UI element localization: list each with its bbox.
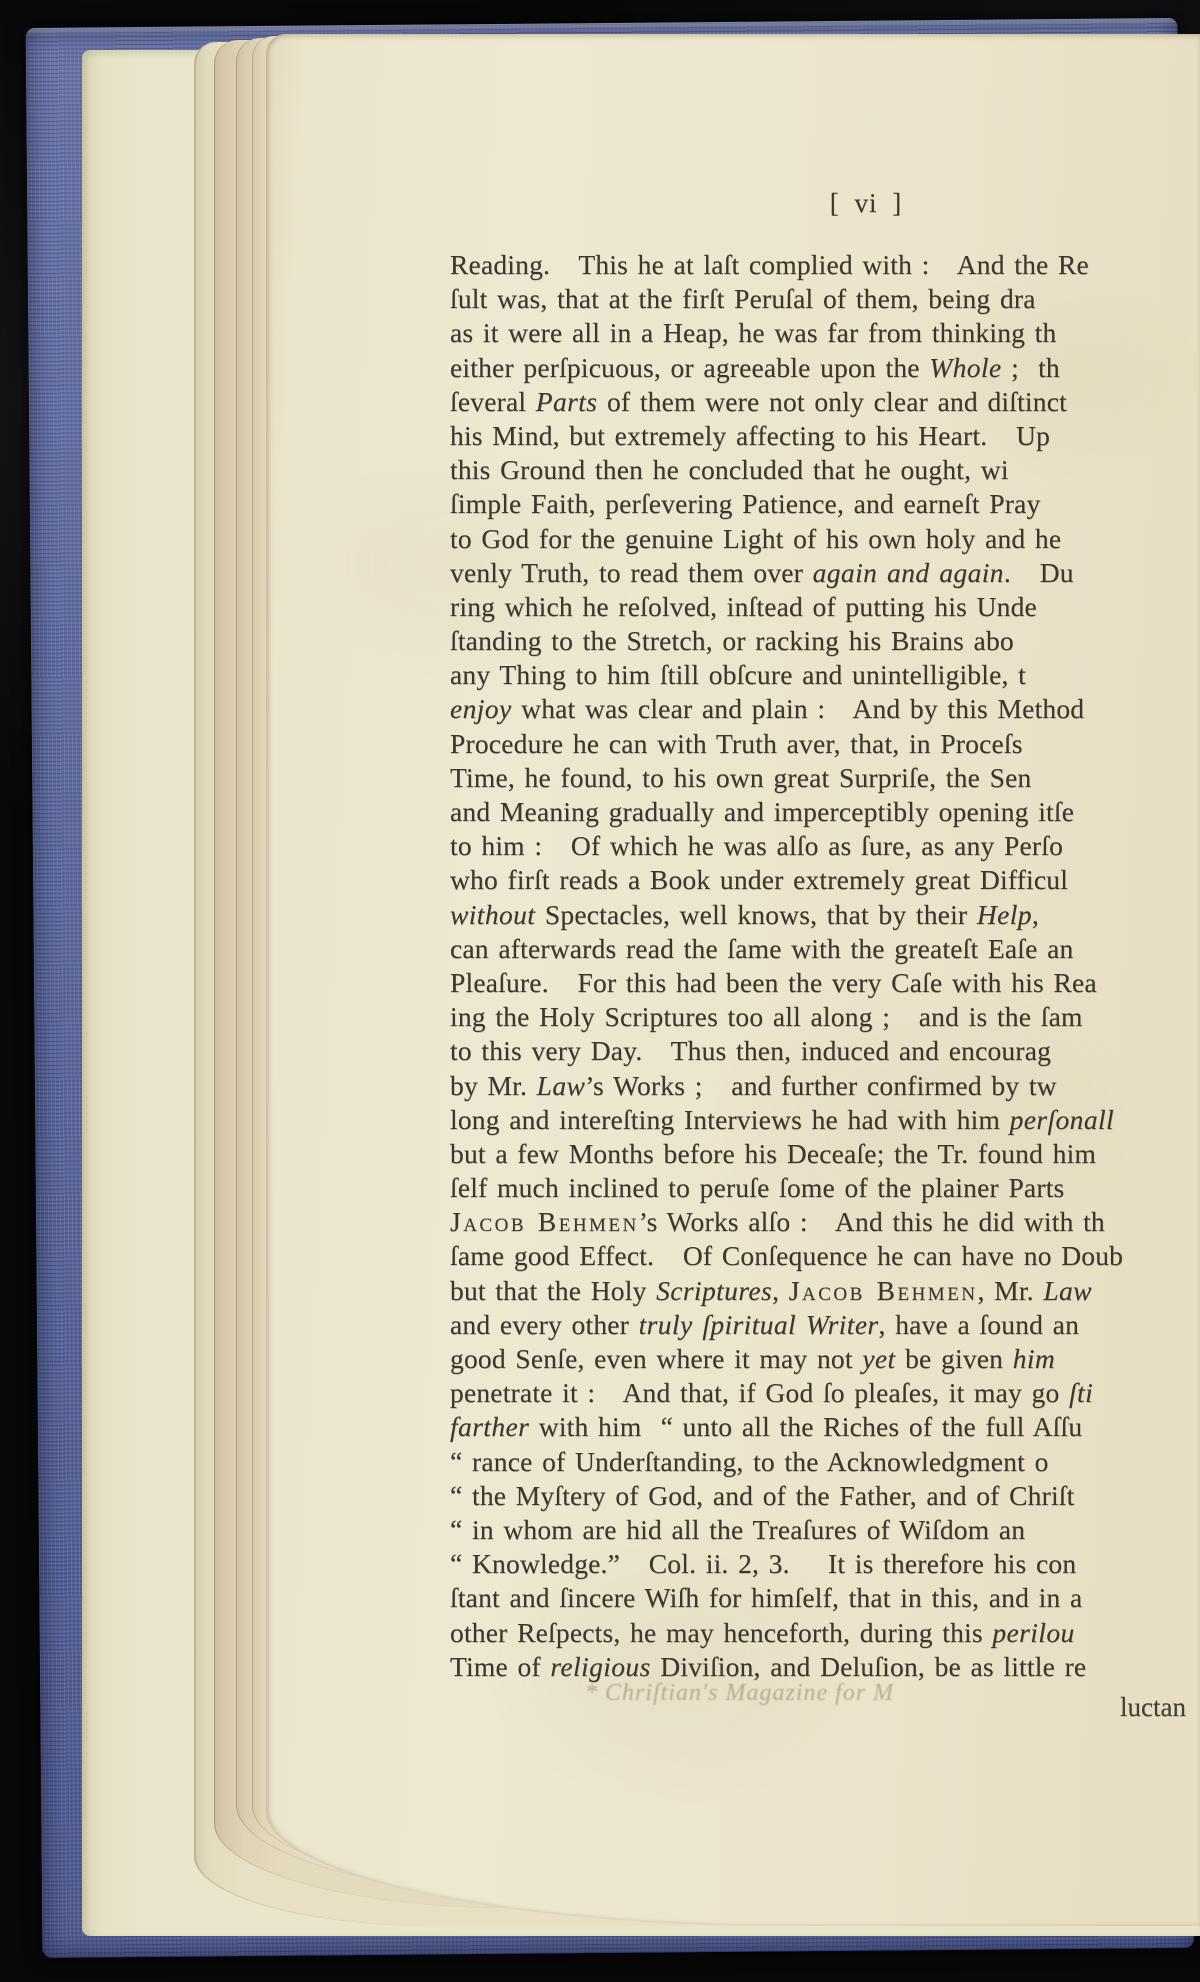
text-line: Time, he found, to his own great Surpriſ…	[450, 761, 1200, 795]
text-segment: without	[450, 899, 535, 930]
text-segment: . Du	[1004, 557, 1074, 588]
text-segment: ing the Holy Scriptures too all along ; …	[450, 1001, 1083, 1032]
text-segment: Law	[537, 1070, 586, 1101]
text-segment: ’s Works alſo : And this he did with th	[639, 1206, 1105, 1237]
text-segment: but that the Holy	[450, 1275, 656, 1306]
text-line: to God for the genuine Light of his own …	[450, 522, 1200, 556]
text-segment: Diviſion, and Deluſion, be as little re	[651, 1651, 1087, 1682]
text-line: either perſpicuous, or agreeable upon th…	[450, 351, 1200, 385]
text-segment: Jacob Behmen	[450, 1206, 639, 1237]
text-line: ſame good Effect. Of Conſequence he can …	[450, 1239, 1200, 1273]
text-line: ing the Holy Scriptures too all along ; …	[450, 1000, 1200, 1034]
text-line: his Mind, but extremely affecting to his…	[450, 419, 1200, 453]
text-line: can afterwards read the ſame with the gr…	[450, 932, 1200, 966]
text-segment: ſelf much inclined to peruſe ſome of the…	[450, 1172, 1064, 1203]
text-segment: “ Knowledge.” Col. ii. 2, 3. It is there…	[450, 1548, 1076, 1579]
book-photo: [ vi ] Reading. This he at laſt complied…	[0, 0, 1200, 1982]
text-line: “ the Myſtery of God, and of the Father,…	[450, 1479, 1200, 1513]
text-segment: him	[1013, 1343, 1055, 1374]
text-line: ſtanding to the Stretch, or racking his …	[450, 624, 1200, 658]
text-segment: Jacob Behmen	[789, 1275, 978, 1306]
text-segment: what was clear and plain : And by this M…	[512, 693, 1085, 724]
text-line: any Thing to him ſtill obſcure and unint…	[450, 658, 1200, 692]
text-segment: his Mind, but extremely affecting to his…	[450, 420, 1050, 451]
text-segment: Time, he found, to his own great Surpriſ…	[450, 762, 1031, 793]
text-segment: ſimple Faith, perſevering Patience, and …	[450, 488, 1040, 519]
text-segment: to this very Day. Thus then, induced and…	[450, 1035, 1051, 1066]
text-segment: and every other	[450, 1309, 639, 1340]
text-line: farther with him “ unto all the Riches o…	[450, 1410, 1200, 1444]
text-segment: Help	[977, 899, 1032, 930]
text-line: “ rance of Underſtanding, to the Acknowl…	[450, 1445, 1200, 1479]
text-segment: who firſt reads a Book under extremely g…	[450, 864, 1068, 895]
text-segment: Parts	[536, 386, 598, 417]
text-line: this Ground then he concluded that he ou…	[450, 453, 1200, 487]
text-segment: ſtant and ſincere Wiſh for himſelf, that…	[450, 1582, 1082, 1613]
text-line: other Reſpects, he may henceforth, durin…	[450, 1616, 1200, 1650]
text-segment: farther	[450, 1411, 529, 1442]
text-segment: be given	[896, 1343, 1013, 1374]
text-segment: Scriptures	[656, 1275, 772, 1306]
text-segment: venly Truth, to read them over	[450, 557, 813, 588]
show-through-text: * Chriſtian's Magazine for M	[585, 1680, 894, 1707]
text-segment: ſame good Effect. Of Conſequence he can …	[450, 1240, 1123, 1271]
text-segment: but a few Months before his Deceaſe; the…	[450, 1138, 1096, 1169]
text-line: by Mr. Law’s Works ; and further confirm…	[450, 1069, 1200, 1103]
catchword: luctan	[1120, 1692, 1186, 1723]
text-segment: Spectacles, well knows, that by their	[535, 899, 977, 930]
text-line: good Senſe, even where it may not yet be…	[450, 1342, 1200, 1376]
text-line: long and intereſting Interviews he had w…	[450, 1103, 1200, 1137]
text-segment: Whole	[929, 352, 1001, 383]
text-line: but a few Months before his Deceaſe; the…	[450, 1137, 1200, 1171]
text-segment: “ rance of Underſtanding, to the Acknowl…	[450, 1446, 1049, 1477]
text-line: as it were all in a Heap, he was far fro…	[450, 316, 1200, 350]
text-segment: ſtanding to the Stretch, or racking his …	[450, 625, 1014, 656]
text-segment: other Reſpects, he may henceforth, durin…	[450, 1617, 992, 1648]
text-line: Procedure he can with Truth aver, that, …	[450, 727, 1200, 761]
text-line: venly Truth, to read them over again and…	[450, 556, 1200, 590]
text-segment: , Mr.	[978, 1275, 1044, 1306]
text-segment: either perſpicuous, or agreeable upon th…	[450, 352, 929, 383]
text-line: “ in whom are hid all the Treaſures of W…	[450, 1513, 1200, 1547]
text-line: Pleaſure. For this had been the very Caſ…	[450, 966, 1200, 1000]
text-segment: perilou	[992, 1617, 1074, 1648]
text-segment: by Mr.	[450, 1070, 537, 1101]
text-line: without Spectacles, well knows, that by …	[450, 898, 1200, 932]
text-line: enjoy what was clear and plain : And by …	[450, 692, 1200, 726]
text-segment: Procedure he can with Truth aver, that, …	[450, 728, 1023, 759]
page-text: Reading. This he at laſt complied with :…	[450, 248, 1200, 1684]
text-segment: Reading. This he at laſt complied with :…	[450, 249, 1089, 280]
text-segment: ſult was, that at the firſt Peruſal of t…	[450, 283, 1036, 314]
text-line: ſimple Faith, perſevering Patience, and …	[450, 487, 1200, 521]
text-line: and Meaning gradually and imperceptibly …	[450, 795, 1200, 829]
text-segment: to him : Of which he was alſo as ſure, a…	[450, 830, 1063, 861]
text-segment: Pleaſure. For this had been the very Caſ…	[450, 967, 1097, 998]
text-line: to this very Day. Thus then, induced and…	[450, 1034, 1200, 1068]
text-segment: again and again	[813, 557, 1004, 588]
text-segment: this Ground then he concluded that he ou…	[450, 454, 1009, 485]
text-line: ſelf much inclined to peruſe ſome of the…	[450, 1171, 1200, 1205]
text-line: but that the Holy Scriptures, Jacob Behm…	[450, 1274, 1200, 1308]
text-line: ſeveral Parts of them were not only clea…	[450, 385, 1200, 419]
text-segment: truly ſpiritual Writer	[639, 1309, 879, 1340]
text-segment: enjoy	[450, 693, 512, 724]
text-segment: ring which he reſolved, inſtead of putti…	[450, 591, 1037, 622]
text-segment: ſti	[1069, 1377, 1093, 1408]
text-line: Jacob Behmen’s Works alſo : And this he …	[450, 1205, 1200, 1239]
text-segment: good Senſe, even where it may not	[450, 1343, 862, 1374]
text-segment: ’s Works ; and further confirmed by tw	[585, 1070, 1057, 1101]
text-segment: , have a ſound an	[879, 1309, 1080, 1340]
text-segment: “ in whom are hid all the Treaſures of W…	[450, 1514, 1025, 1545]
text-line: penetrate it : And that, if God ſo pleaſ…	[450, 1376, 1200, 1410]
text-segment: “ the Myſtery of God, and of the Father,…	[450, 1480, 1075, 1511]
text-segment: religious	[550, 1651, 650, 1682]
text-line: to him : Of which he was alſo as ſure, a…	[450, 829, 1200, 863]
text-segment: ſeveral	[450, 386, 536, 417]
text-segment: ,	[1032, 899, 1039, 930]
text-segment: ; th	[1002, 352, 1060, 383]
text-line: ſtant and ſincere Wiſh for himſelf, that…	[450, 1581, 1200, 1615]
text-segment: with him “ unto all the Riches of the fu…	[529, 1411, 1082, 1442]
text-line: ring which he reſolved, inſtead of putti…	[450, 590, 1200, 624]
text-line: and every other truly ſpiritual Writer, …	[450, 1308, 1200, 1342]
text-segment: any Thing to him ſtill obſcure and unint…	[450, 659, 1026, 690]
text-segment: perſonall	[1010, 1104, 1114, 1135]
text-line: Time of religious Diviſion, and Deluſion…	[450, 1650, 1200, 1684]
text-segment: Law	[1043, 1275, 1092, 1306]
text-segment: can afterwards read the ſame with the gr…	[450, 933, 1073, 964]
text-segment: to God for the genuine Light of his own …	[450, 523, 1061, 554]
text-segment: yet	[862, 1343, 895, 1374]
text-segment: penetrate it : And that, if God ſo pleaſ…	[450, 1377, 1069, 1408]
text-line: who firſt reads a Book under extremely g…	[450, 863, 1200, 897]
text-line: ſult was, that at the firſt Peruſal of t…	[450, 282, 1200, 316]
text-line: Reading. This he at laſt complied with :…	[450, 248, 1200, 282]
text-line: “ Knowledge.” Col. ii. 2, 3. It is there…	[450, 1547, 1200, 1581]
text-segment: ,	[772, 1275, 789, 1306]
text-segment: long and intereſting Interviews he had w…	[450, 1104, 1010, 1135]
text-segment: as it were all in a Heap, he was far fro…	[450, 317, 1056, 348]
text-segment: of them were not only clear and diſtinct	[597, 386, 1067, 417]
text-segment: Time of	[450, 1651, 550, 1682]
text-segment: and Meaning gradually and imperceptibly …	[450, 796, 1074, 827]
page-number-header: [ vi ]	[796, 188, 936, 219]
